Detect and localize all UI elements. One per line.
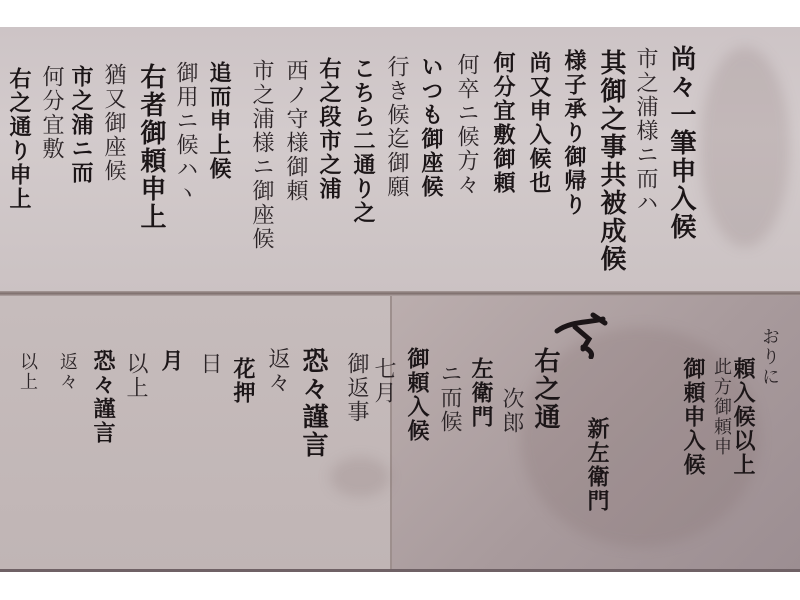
- text-column: 御頼入候: [406, 347, 428, 557]
- text-column: 以上: [124, 352, 146, 562]
- paper-stain: [700, 47, 790, 247]
- text-column: 恐々謹言: [300, 347, 326, 557]
- document-photograph: 尚々一筆申入候 市之浦様ニ而ハ 其御之事共被成候 様子承り御帰り 尚又申入候也 …: [0, 27, 800, 572]
- text-column: いつも御座候: [420, 55, 442, 295]
- text-column: 何卒ニ候方々: [455, 53, 477, 293]
- text-column: ニ而候: [438, 362, 460, 567]
- text-column: おりに: [760, 327, 778, 547]
- text-column: 市之浦ニ而: [70, 65, 92, 305]
- text-column: 尚々一筆申入候: [668, 45, 694, 285]
- text-column: 月: [160, 349, 182, 559]
- text-column: 何分宜敷御頼: [492, 51, 514, 291]
- text-column: 日: [198, 352, 220, 562]
- text-column: 新左衛門: [586, 417, 608, 537]
- text-column: 市之浦様ニ御座候: [250, 59, 272, 299]
- text-column: 市之浦様ニ而ハ: [634, 47, 656, 287]
- text-column: 追而申上候: [208, 61, 230, 301]
- text-column: 右之通り申上: [8, 67, 30, 307]
- text-column: 以上: [18, 352, 36, 562]
- text-column: 右之通: [532, 347, 558, 517]
- text-column: 返々: [58, 352, 76, 562]
- text-column: 猶又御座候: [102, 63, 124, 303]
- text-column: 様子承り御帰り: [563, 49, 585, 289]
- text-column: こちら二通り之: [352, 57, 374, 297]
- text-column: 次郎: [500, 387, 522, 567]
- text-column: 何分宜敷: [40, 65, 62, 305]
- text-column: 西ノ守様御頼: [284, 59, 306, 299]
- text-column: 恐々謹言: [92, 349, 114, 559]
- text-column: 左衛門: [470, 357, 492, 567]
- text-column: 七月: [372, 357, 394, 562]
- text-column: 右之段市之浦: [318, 57, 340, 297]
- text-column: 御用ニ候ハヽ: [174, 61, 196, 301]
- text-column: 頼入候以上: [732, 357, 754, 557]
- text-column: 返々: [266, 347, 288, 557]
- text-column: 其御之事共被成候: [598, 49, 624, 289]
- text-column: 御返事: [345, 352, 367, 562]
- text-column: 行き候迄御願: [385, 55, 407, 295]
- text-column: 花押: [232, 357, 254, 557]
- text-column: 此方御頼申: [712, 357, 730, 557]
- text-column: 御頼申入候: [682, 357, 704, 557]
- photo-bottom-edge: [0, 569, 800, 572]
- text-column: 尚又申入候也: [528, 51, 550, 291]
- kao-signature-mark: [553, 309, 623, 359]
- text-column: 右者御頼申上: [138, 63, 164, 303]
